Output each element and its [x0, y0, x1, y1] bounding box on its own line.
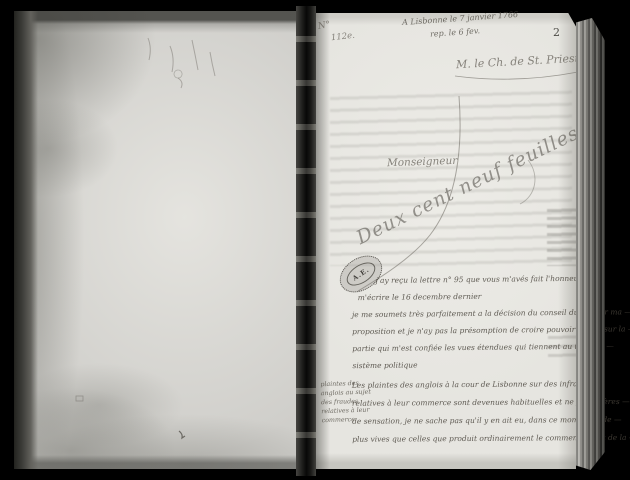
- body-line: partie qui m'est confiée les vues étendu…: [352, 338, 578, 357]
- body-line: j'ay reçu la lettre n° 95 que vous m'avé…: [351, 270, 577, 289]
- salutation: Monseigneur: [387, 156, 458, 169]
- fore-edge-page-stack: [576, 18, 605, 470]
- body-paragraph-1: j'ay reçu la lettre n° 95 que vous m'avé…: [351, 270, 578, 374]
- body-line: relatives à leur commerce sont devenues …: [352, 393, 578, 413]
- body-paragraph-2: Les plaintes des anglois à la cour de Li…: [352, 375, 578, 449]
- body-line: de sensation, je ne sache pas qu'il y en…: [352, 411, 578, 431]
- body-line: Les plaintes des anglois à la cour de Li…: [352, 375, 578, 395]
- manuscript-scan: N° 112e. A Lisbonne le 7 janvier 1766 re…: [0, 0, 630, 480]
- body-line: plus vives que celles que produit ordina…: [352, 429, 578, 449]
- body-line: sistème politique: [352, 355, 578, 374]
